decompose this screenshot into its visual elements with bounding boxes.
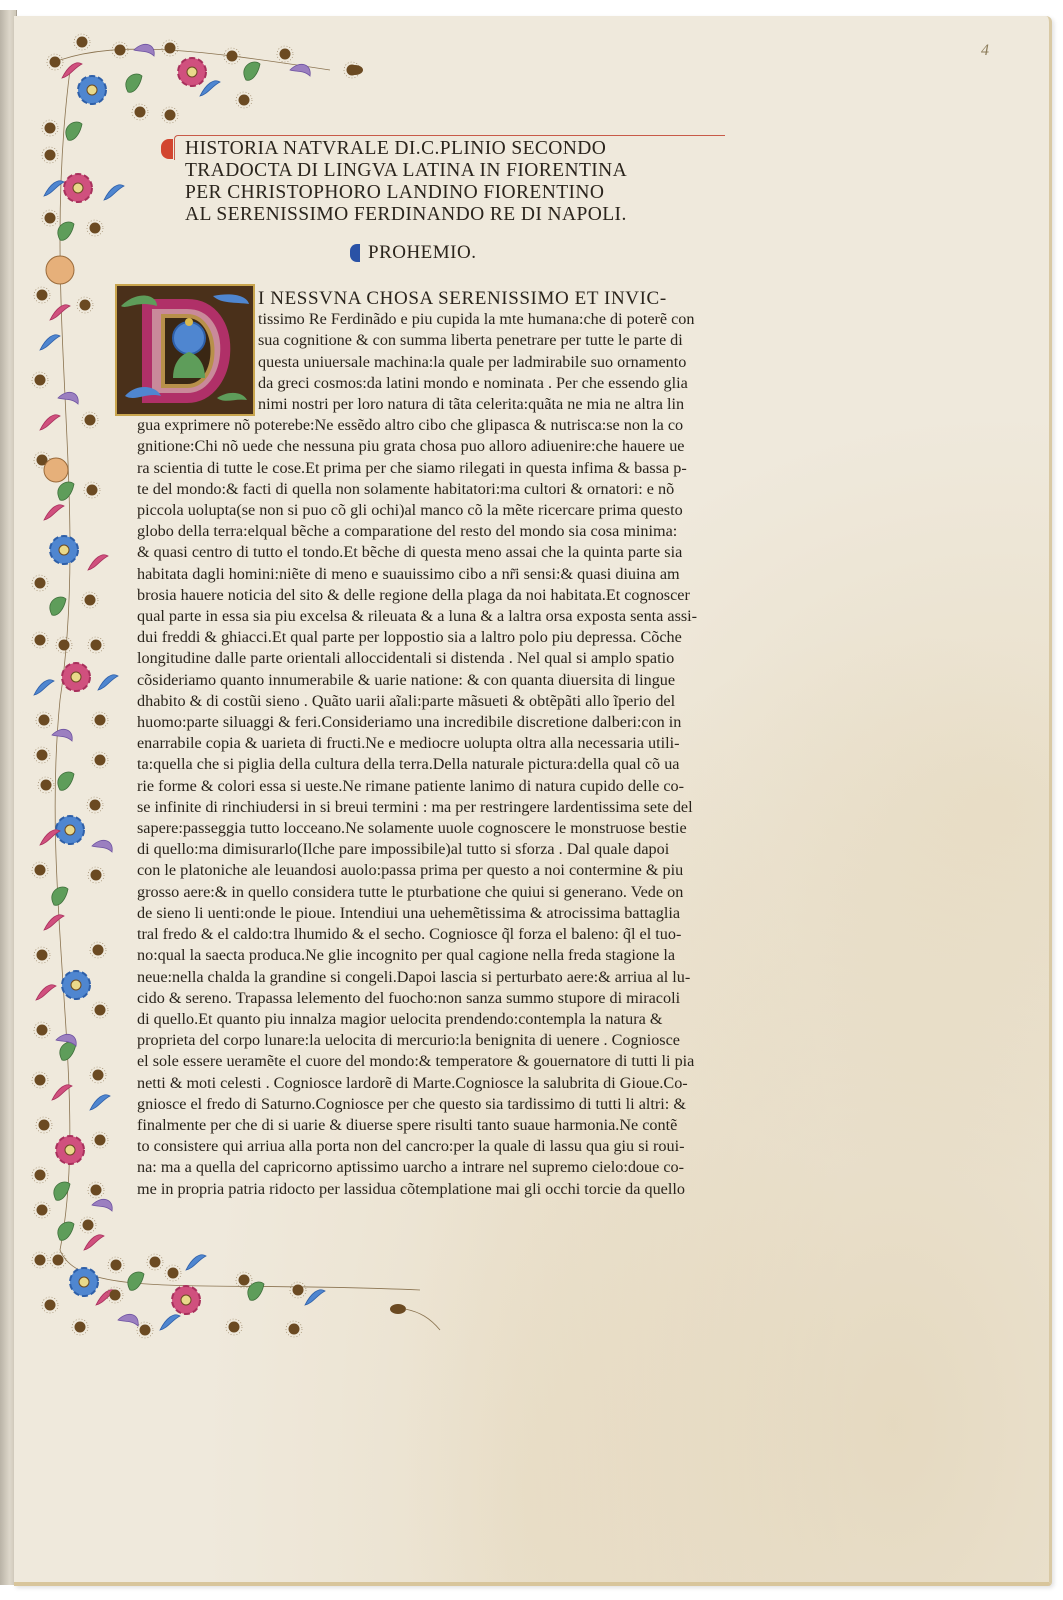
title-line: PER CHRISTOPHORO LANDINO FIORENTINO [185,182,725,204]
text-line: piccola uolupta(se non si puo cõ gli och… [137,500,740,521]
text-line: enarrabile copia & uarieta di fructi.Ne … [137,733,740,754]
text-line: netti & moti celesti . Cogniosce lardorẽ… [137,1073,740,1094]
red-pilcrow-icon [161,139,173,159]
text-line: questa uniuersale machina:la quale per l… [137,352,740,373]
text-line: cido & sereno. Trapassa lelemento del fu… [137,988,740,1009]
text-line: na: ma a quella del capricorno aptissimo… [137,1157,740,1178]
title-line: AL SERENISSIMO FERDINANDO RE DI NAPOLI. [185,204,725,226]
text-line: de sieno li uenti:onde le pioue. Intendi… [137,903,740,924]
text-line: cõsideriamo quanto innumerabile & uarie … [137,670,740,691]
text-line: da greci cosmos:da latini mondo e nomina… [137,373,740,394]
text-line: no:qual la saecta produca.Ne glie incogn… [137,945,740,966]
blue-pilcrow-icon [350,244,360,262]
text-line: neue:nella chalda la grandine si congeli… [137,967,740,988]
book-title: HISTORIA NATVRALE DI.C.PLINIO SECONDO TR… [185,138,725,226]
text-line: dhabito & di costũi sieno . Quãto uarii … [137,691,740,712]
text-line: con le platoniche ale leuandosi auolo:pa… [137,860,740,881]
text-line: gniosce el fredo di Saturno.Cogniosce pe… [137,1094,740,1115]
text-line: di quello.Et quanto piu innalza magior u… [137,1009,740,1030]
text-line: tral fredo & el caldo:tra lhumido & el s… [137,924,740,945]
folio-number: 4 [981,42,989,60]
text-line: globo della terra:elqual bẽche a compara… [137,521,740,542]
text-line: finalmente per che di si uarie & diuerse… [137,1115,740,1136]
text-line: el sole essere ueramẽte el cuore del mon… [137,1051,740,1072]
text-line: habitata dagli homini:niẽte di meno e su… [137,564,740,585]
text-line: ta:quella che si piglia della cultura de… [137,754,740,775]
text-line: dui freddi & ghiacci.Et qual parte per l… [137,627,740,648]
section-heading: PROHEMIO. [368,242,476,264]
text-line: I NESSVNA CHOSA SERENISSIMO ET INVIC- [137,288,740,309]
text-line: di quello:ma dimisurarlo(Ilche pare impo… [137,839,740,860]
body-text: I NESSVNA CHOSA SERENISSIMO ET INVIC- ti… [137,288,740,1200]
text-line: gua exprimere nõ poterebe:Ne essẽdo altr… [137,415,740,436]
text-line: rie forme & colori essa si ueste.Ne rima… [137,776,740,797]
text-line: proprieta del corpo lunare:la uelocita d… [137,1030,740,1051]
text-line: sapere:passeggia tutto locceano.Ne solam… [137,818,740,839]
title-line: TRADOCTA DI LINGVA LATINA IN FIORENTINA [185,160,725,182]
text-line: grosso aere:& in quello considera tutte … [137,882,740,903]
text-line: me in propria patria ridocto per lassidu… [137,1179,740,1200]
text-line: to consistere qui arriua alla porta non … [137,1136,740,1157]
text-line: nimi nostri per loro natura di tãta cele… [137,394,740,415]
text-line: se infinite di rinchiudersi in si breui … [137,797,740,818]
text-line: & quasi centro di tutto el tondo.Et bẽch… [137,542,740,563]
text-line: te del mondo:& facti di quella non solam… [137,479,740,500]
text-line: qual parte in essa sia piu excelsa & ril… [137,606,740,627]
text-line: huomo:parte siluaggi & feri.Consideriamo… [137,712,740,733]
text-line: brosia hauere noticia del sito & delle r… [137,585,740,606]
text-line: tissimo Re Ferdinãdo e piu cupida la mte… [137,309,740,330]
text-line: longitudine dalle parte orientali allocc… [137,648,740,669]
text-line: ra scientia di tutte le cose.Et prima pe… [137,458,740,479]
text-line: sua cognitione & con summa liberta penet… [137,330,740,351]
text-line: gnitione:Chi nõ uede che nessuna piu gra… [137,436,740,457]
section-heading-text: PROHEMIO. [368,242,476,263]
